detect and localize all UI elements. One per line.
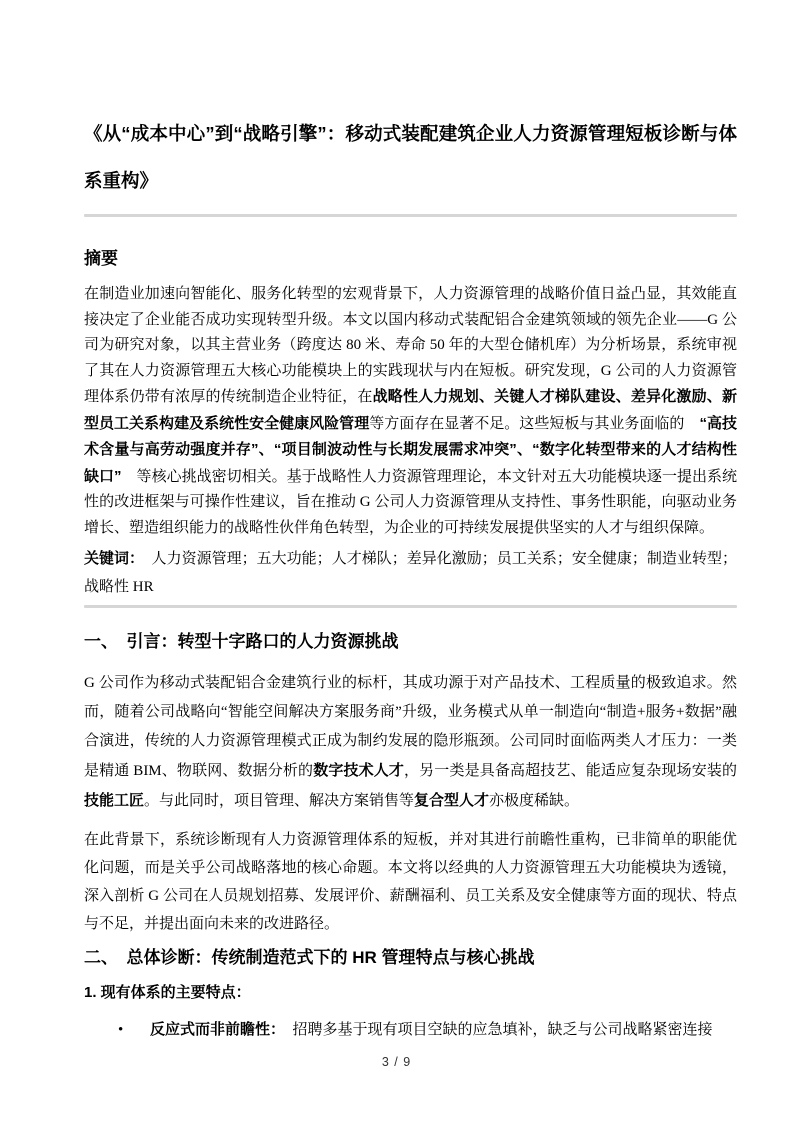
page-content: 《从“成本中心”到“战略引擎”：移动式装配建筑企业人力资源管理短板诊断与体系重构…	[0, 0, 793, 1042]
document-title: 《从“成本中心”到“战略引擎”：移动式装配建筑企业人力资源管理短板诊断与体系重构…	[84, 0, 737, 204]
section-1-paragraph-1: G 公司作为移动式装配铝合金建筑行业的标杆，其成功源于对产品技术、工程质量的极致…	[84, 669, 737, 816]
section-2-heading: 二、 总体诊断：传统制造范式下的 HR 管理特点与核心挑战	[84, 946, 737, 970]
keywords-line: 关键词： 人力资源管理；五大功能；人才梯队；差异化激励；员工关系；安全健康；制造…	[84, 545, 737, 601]
page-number: 3 / 9	[0, 1052, 793, 1072]
section-1-heading: 一、 引言：转型十字路口的人力资源挑战	[84, 630, 737, 654]
divider-top	[84, 214, 737, 217]
divider-middle	[84, 605, 737, 608]
document-page: 《从“成本中心”到“战略引擎”：移动式装配建筑企业人力资源管理短板诊断与体系重构…	[0, 0, 793, 1122]
bullet-icon: •	[118, 1018, 132, 1042]
bullet-item-text: 反应式而非前瞻性： 招聘多基于现有项目空缺的应急填补，缺乏与公司战略紧密连接	[150, 1018, 713, 1042]
abstract-paragraph: 在制造业加速向智能化、服务化转型的宏观背景下，人力资源管理的战略价值日益凸显，其…	[84, 282, 737, 541]
bullet-item-1: • 反应式而非前瞻性： 招聘多基于现有项目空缺的应急填补，缺乏与公司战略紧密连接	[118, 1018, 737, 1042]
section-1-paragraph-2: 在此背景下，系统诊断现有人力资源管理体系的短板，并对其进行前瞻性重构，已非简单的…	[84, 826, 737, 938]
abstract-heading: 摘要	[84, 247, 737, 271]
numbered-item-1: 1. 现有体系的主要特点：	[84, 982, 737, 1004]
